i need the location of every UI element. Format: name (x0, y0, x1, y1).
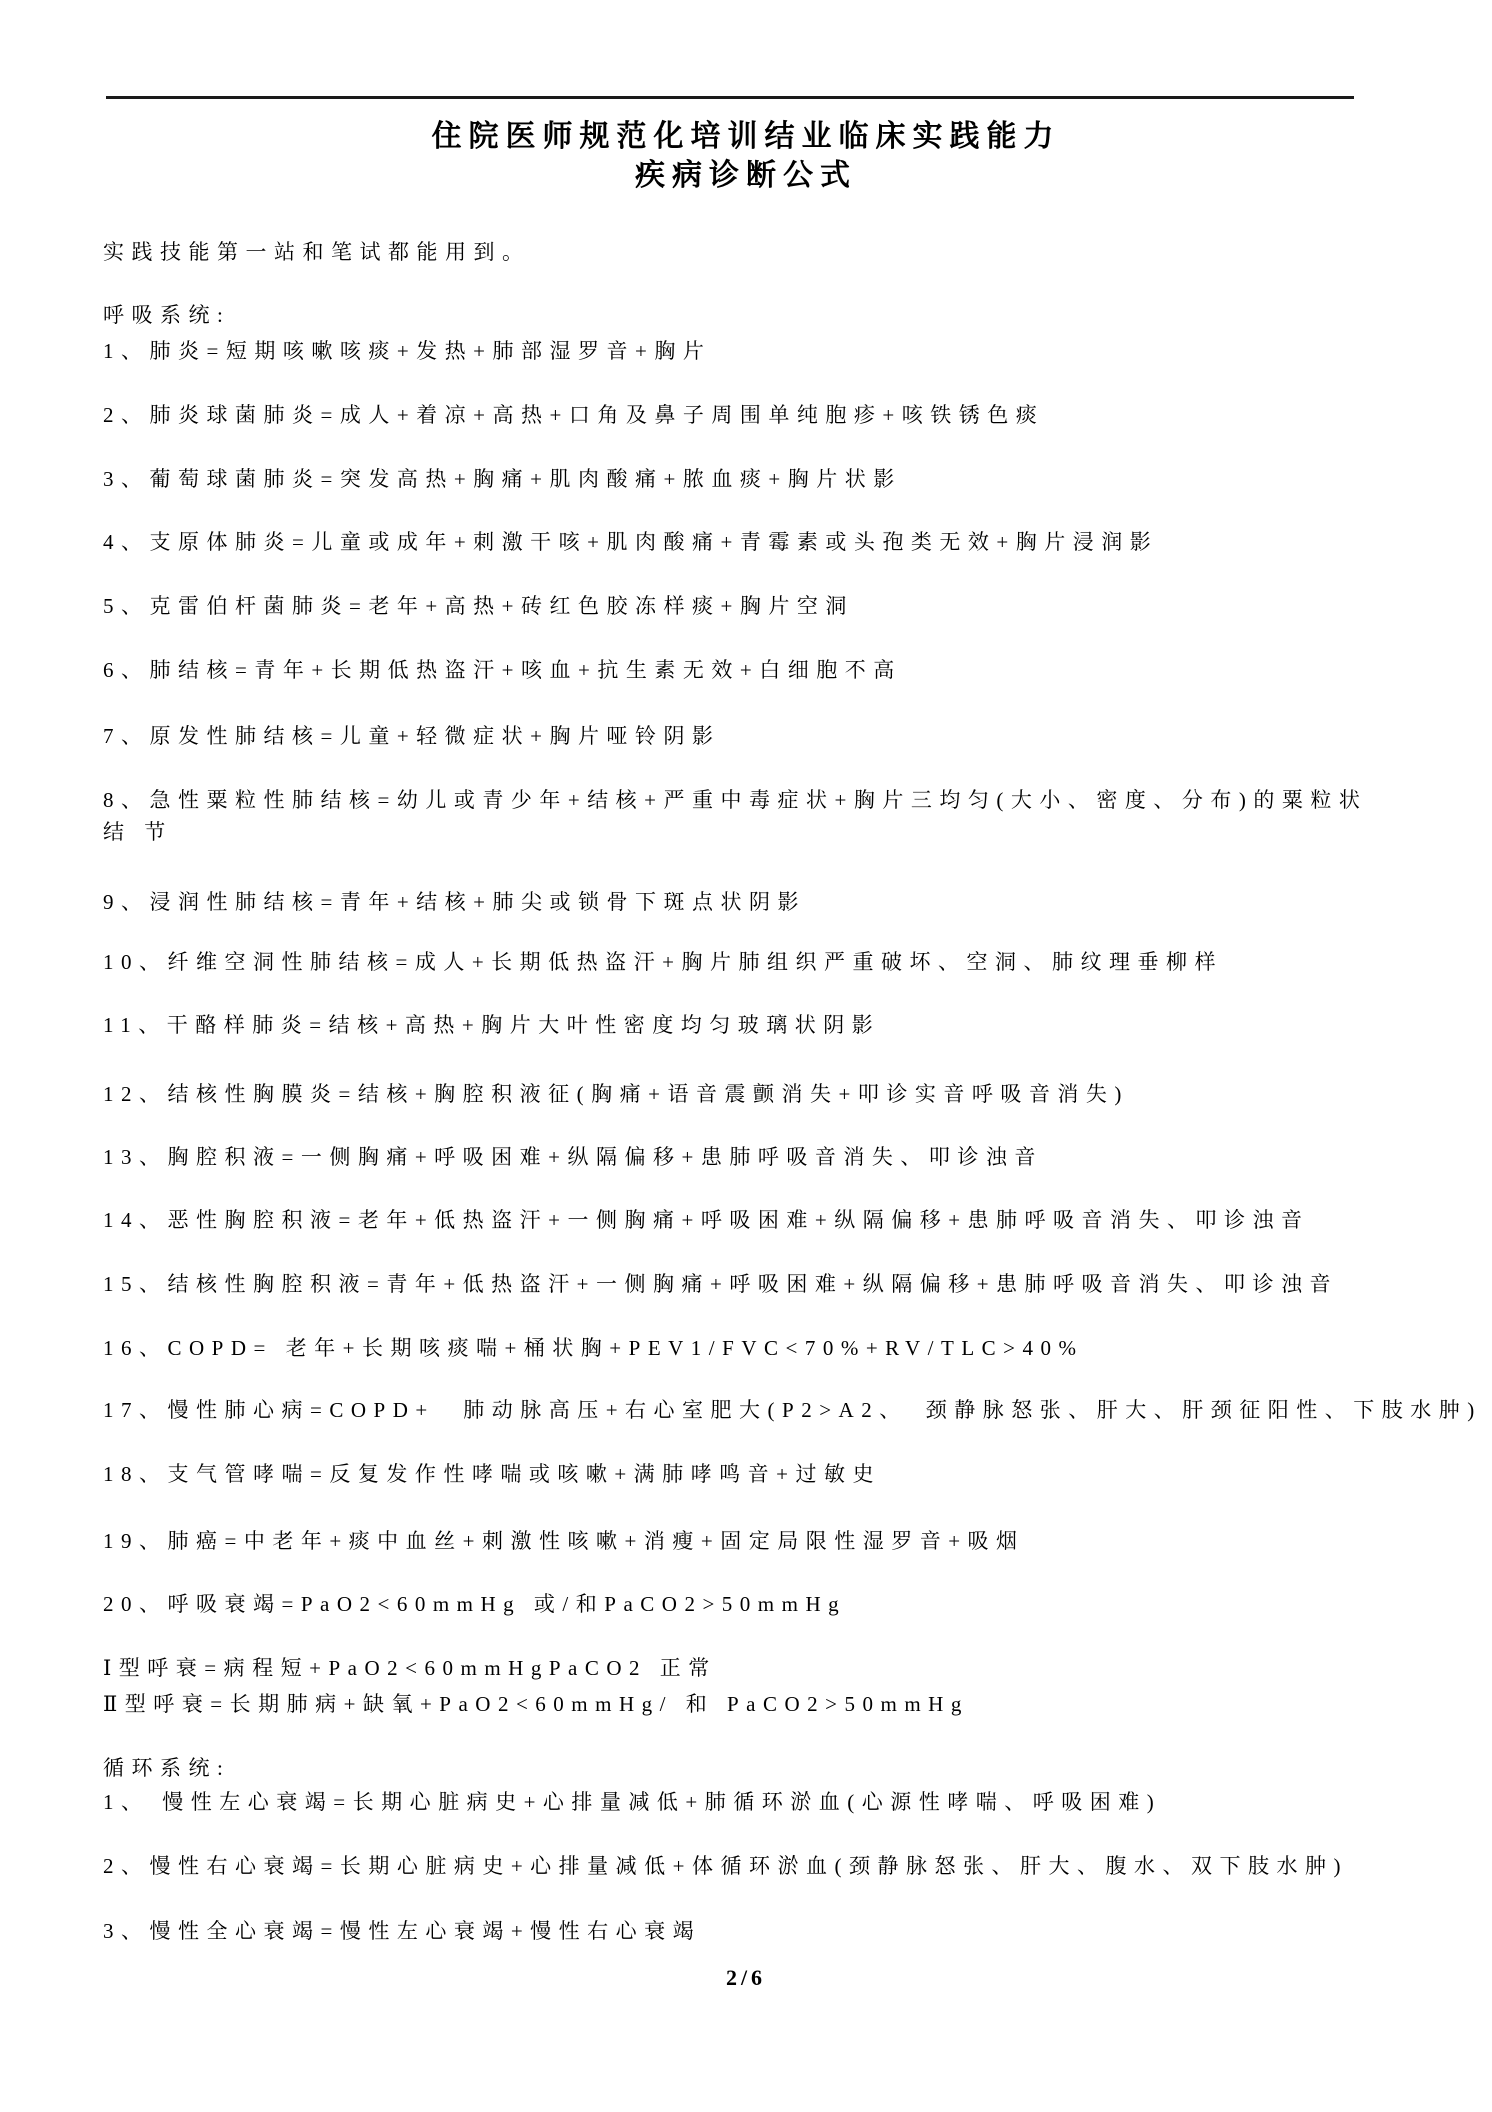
resp-formula-bronchial-asthma: 18、支气管哮喘=反复发作性哮喘或咳嗽+满肺哮鸣音+过敏史 (103, 1461, 881, 1487)
document-page: 住院医师规范化培训结业临床实践能力 疾病诊断公式 实践技能第一站和笔试都能用到。… (0, 0, 1492, 2112)
resp-formula-caseous-pneumonia: 11、干酪样肺炎=结核+高热+胸片大叶性密度均匀玻璃状阴影 (103, 1012, 880, 1038)
resp-formula-type2-respiratory-failure: Ⅱ型呼衰=长期肺病+缺氧+PaO2<60mmHg/ 和 PaCO2>50mmHg (103, 1691, 969, 1717)
resp-formula-lung-cancer: 19、肺癌=中老年+痰中血丝+刺激性咳嗽+消瘦+固定局限性湿罗音+吸烟 (103, 1528, 1025, 1554)
intro-note: 实践技能第一站和笔试都能用到。 (103, 239, 531, 265)
resp-formula-primary-tuberculosis: 7、原发性肺结核=儿童+轻微症状+胸片哑铃阴影 (103, 723, 721, 749)
resp-formula-acute-miliary-tb: 8、急性粟粒性肺结核=幼儿或青少年+结核+严重中毒症状+胸片三均匀(大小、密度、… (103, 787, 1367, 813)
resp-formula-pneumonia: 1、肺炎=短期咳嗽咳痰+发热+肺部湿罗音+胸片 (103, 338, 711, 364)
resp-formula-tuberculous-pleural-effusion: 15、结核性胸腔积液=青年+低热盗汗+一侧胸痛+呼吸困难+纵隔偏移+患肺呼吸音消… (103, 1271, 1338, 1297)
circ-formula-chronic-total-heart-failure: 3、慢性全心衰竭=慢性左心衰竭+慢性右心衰竭 (103, 1918, 701, 1944)
header-rule (106, 96, 1354, 99)
resp-formula-klebsiella-pneumonia: 5、克雷伯杆菌肺炎=老年+高热+砖红色胶冻样痰+胸片空洞 (103, 593, 854, 619)
resp-formula-tuberculous-pleurisy: 12、结核性胸膜炎=结核+胸腔积液征(胸痛+语音震颤消失+叩诊实音呼吸音消失) (103, 1081, 1129, 1107)
circ-formula-chronic-left-heart-failure: 1、 慢性左心衰竭=长期心脏病史+心排量减低+肺循环淤血(心源性哮喘、呼吸困难) (103, 1789, 1161, 1815)
resp-formula-pneumococcal-pneumonia: 2、肺炎球菌肺炎=成人+着凉+高热+口角及鼻子周围单纯胞疹+咳铁锈色痰 (103, 402, 1044, 428)
resp-formula-fibrocavitary-tb: 10、纤维空洞性肺结核=成人+长期低热盗汗+胸片肺组织严重破坏、空洞、肺纹理垂柳… (103, 949, 1223, 975)
circulatory-section-header: 循环系统: (103, 1755, 230, 1781)
resp-formula-copd: 16、COPD= 老年+长期咳痰喘+桶状胸+PEV1/FVC<70%+RV/TL… (103, 1335, 1084, 1361)
respiratory-section-header: 呼吸系统: (103, 302, 230, 328)
page-title-line2: 疾病诊断公式 (0, 157, 1492, 195)
resp-formula-type1-respiratory-failure: Ⅰ型呼衰=病程短+PaO2<60mmHgPaCO2 正常 (103, 1655, 717, 1681)
circ-formula-chronic-right-heart-failure: 2、慢性右心衰竭=长期心脏病史+心排量减低+体循环淤血(颈静脉怒张、肝大、腹水、… (103, 1853, 1348, 1879)
resp-formula-malignant-pleural-effusion: 14、恶性胸腔积液=老年+低热盗汗+一侧胸痛+呼吸困难+纵隔偏移+患肺呼吸音消失… (103, 1207, 1310, 1233)
resp-formula-respiratory-failure: 20、呼吸衰竭=PaO2<60mmHg 或/和PaCO2>50mmHg (103, 1591, 846, 1617)
resp-formula-tuberculosis: 6、肺结核=青年+长期低热盗汗+咳血+抗生素无效+白细胞不高 (103, 657, 902, 683)
resp-formula-staphylococcal-pneumonia: 3、葡萄球菌肺炎=突发高热+胸痛+肌肉酸痛+脓血痰+胸片状影 (103, 466, 902, 492)
resp-formula-chronic-cor-pulmonale: 17、慢性肺心病=COPD+ 肺动脉高压+右心室肥大(P2>A2、 颈静脉怒张、… (103, 1397, 1482, 1423)
resp-formula-infiltrative-tb: 9、浸润性肺结核=青年+结核+肺尖或锁骨下斑点状阴影 (103, 889, 806, 915)
resp-formula-mycoplasma-pneumonia: 4、支原体肺炎=儿童或成年+刺激干咳+肌肉酸痛+青霉素或头孢类无效+胸片浸润影 (103, 529, 1158, 555)
resp-formula-pleural-effusion: 13、胸腔积液=一侧胸痛+呼吸困难+纵隔偏移+患肺呼吸音消失、叩诊浊音 (103, 1144, 1043, 1170)
page-number: 2/6 (0, 1964, 1492, 1992)
resp-formula-acute-miliary-tb-continuation: 结 节 (103, 819, 173, 845)
page-title-line1: 住院医师规范化培训结业临床实践能力 (0, 118, 1492, 156)
